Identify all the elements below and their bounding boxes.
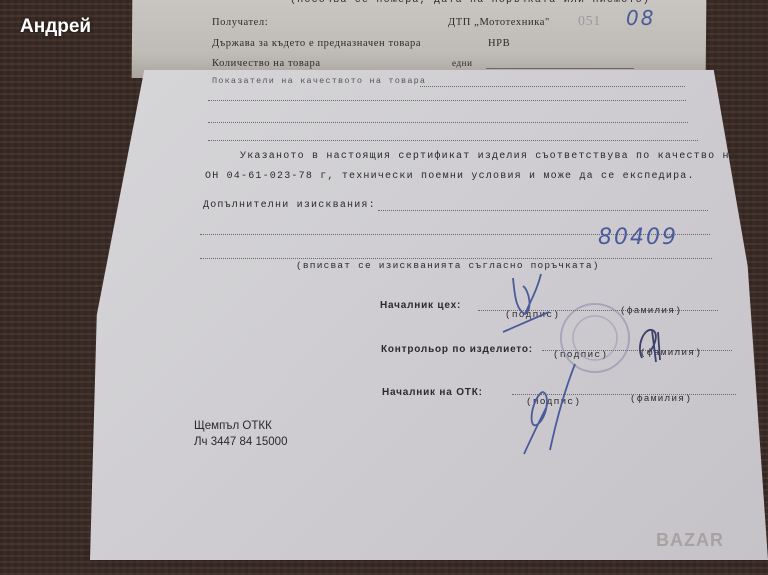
quantity-unit: едни bbox=[452, 58, 473, 68]
quality-indicators-label: Показатели на качеството на товара bbox=[212, 76, 426, 86]
recipient-value: ДТП „Мототехника" bbox=[448, 17, 550, 28]
bazar-logo: BAZAR bbox=[656, 530, 724, 551]
requirements-line-3 bbox=[200, 258, 712, 259]
header-note: (посочва се номера, дата на поръчката ил… bbox=[290, 0, 650, 6]
statement-line-1: Указаното в настоящия сертификат изделия… bbox=[240, 151, 737, 162]
stamp-line-2: Лч 3447 84 15000 bbox=[194, 436, 287, 448]
signature-inspector-icon bbox=[630, 318, 670, 368]
handwritten-number: 80409 bbox=[598, 225, 678, 250]
qc-head-name-hint: (фамилия) bbox=[630, 393, 692, 404]
signature-shop-head-icon bbox=[495, 270, 555, 340]
handwritten-08: 08 bbox=[626, 6, 655, 30]
destination-value: НРВ bbox=[488, 38, 510, 49]
inspector-label: Контрольор по изделието: bbox=[381, 344, 533, 355]
seller-name: Андрей bbox=[20, 16, 91, 38]
quality-line-4 bbox=[208, 140, 698, 141]
recipient-label: Получател: bbox=[212, 17, 268, 28]
shop-head-label: Началник цех: bbox=[380, 300, 461, 311]
quality-line-3 bbox=[208, 122, 688, 123]
statement-line-2: ОН 04-61-023-78 г, технически поемни усл… bbox=[205, 171, 695, 182]
quantity-line bbox=[486, 68, 634, 69]
quality-line-1 bbox=[420, 86, 685, 87]
stamp-line-1: Щемпъл ОТКК bbox=[194, 420, 272, 432]
faded-number: 051 bbox=[578, 14, 601, 30]
additional-requirements-label: Допълнителни изисквания: bbox=[203, 200, 376, 211]
qc-head-label: Началник на ОТК: bbox=[382, 387, 483, 398]
requirements-line-1 bbox=[378, 210, 708, 211]
destination-label: Държава за където е предназначен товара bbox=[212, 38, 421, 49]
quality-line-2 bbox=[208, 100, 686, 101]
quantity-label: Количество на товара bbox=[212, 58, 321, 69]
signature-qc-head-icon bbox=[520, 362, 580, 457]
